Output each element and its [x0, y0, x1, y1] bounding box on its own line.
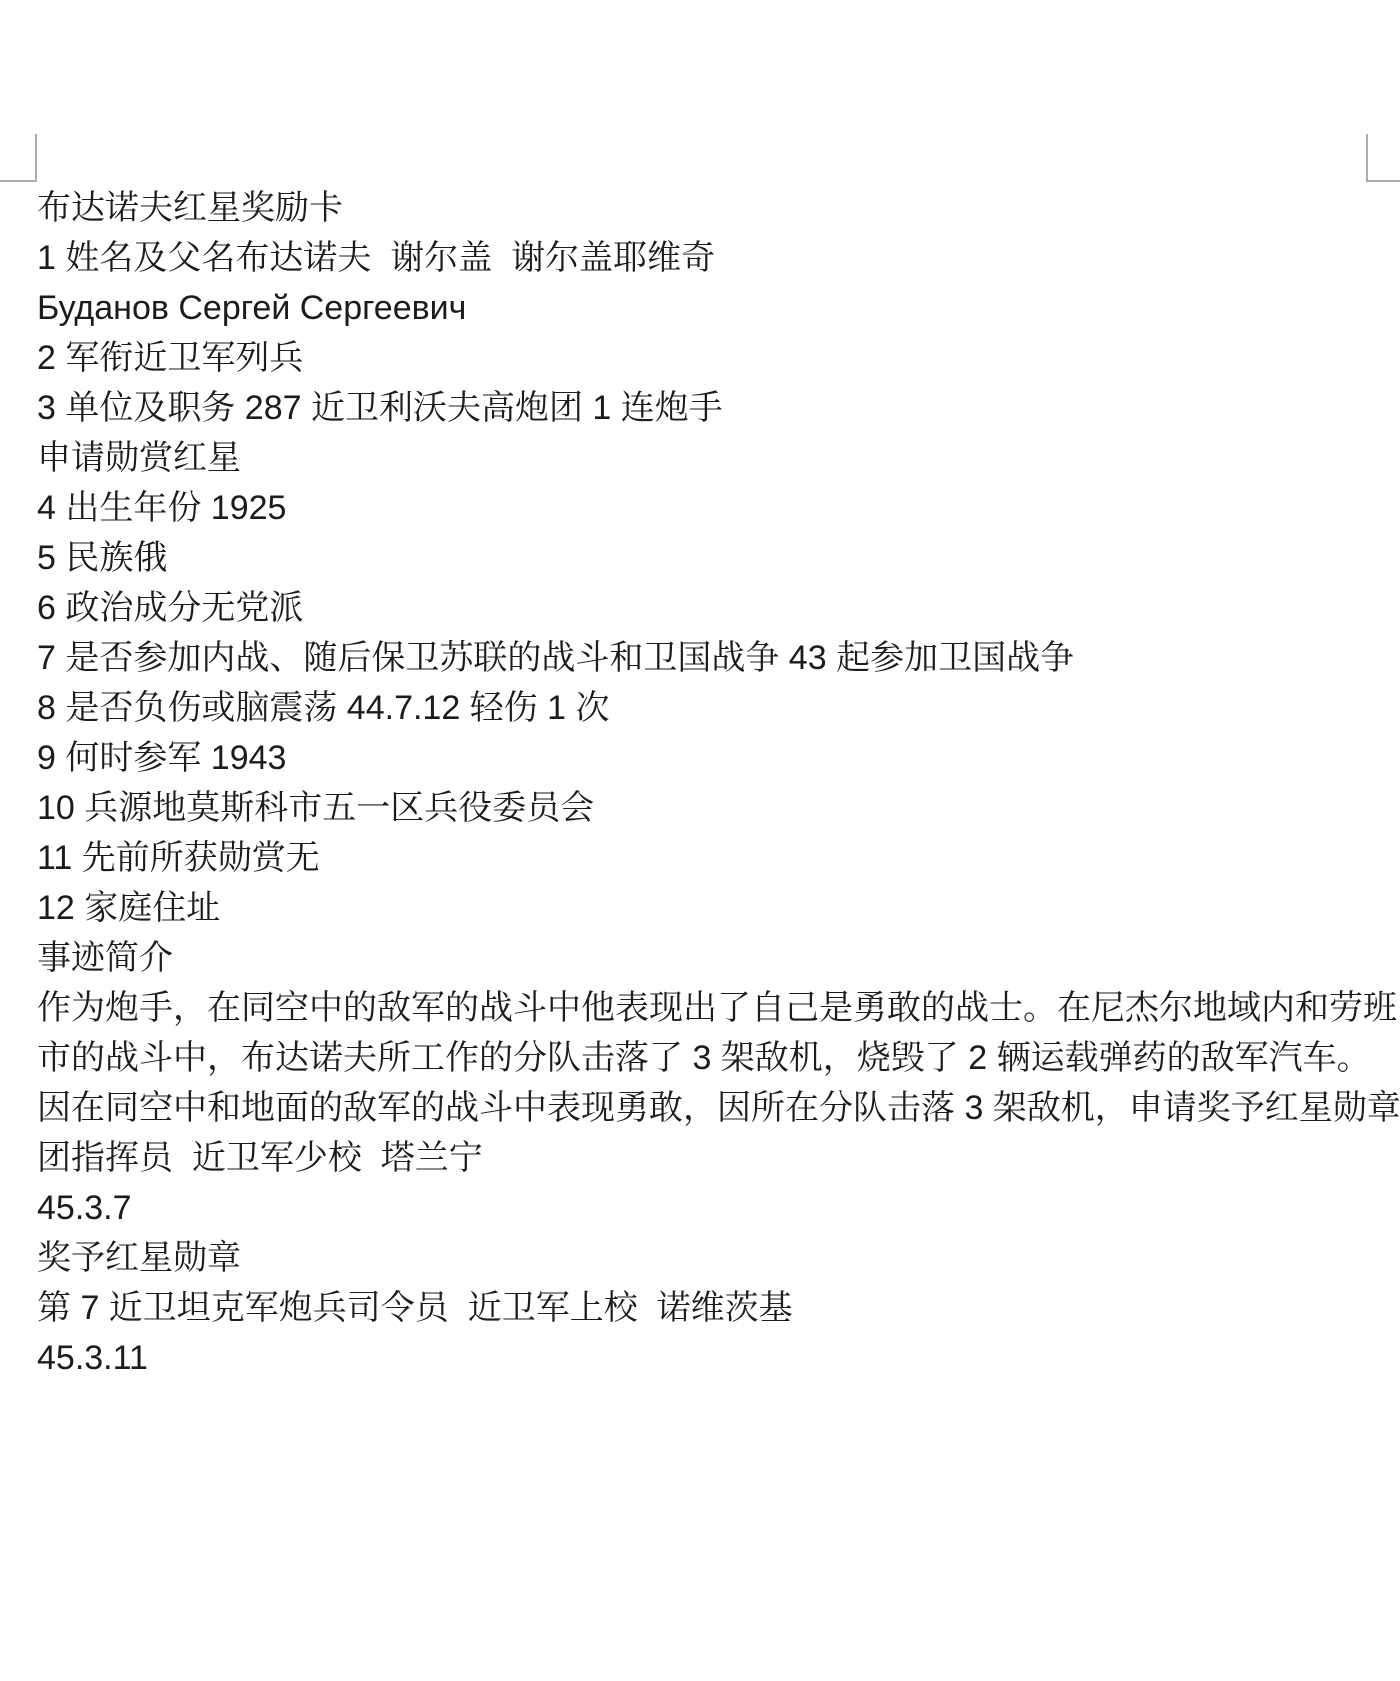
document-line: 因在同空中和地面的敌军的战斗中表现勇敢，因所在分队击落 3 架敌机，申请奖予红星…: [37, 1083, 1368, 1133]
document-line: 10 兵源地莫斯科市五一区兵役委员会: [37, 783, 1368, 833]
document-line: 第 7 近卫坦克军炮兵司令员 近卫军上校 诺维茨基: [37, 1283, 1368, 1333]
document-page: 布达诺夫红星奖励卡1 姓名及父名布达诺夫 谢尔盖 谢尔盖耶维奇Буданов С…: [0, 0, 1400, 1681]
document-line: 布达诺夫红星奖励卡: [37, 183, 1368, 233]
document-line: 9 何时参军 1943: [37, 733, 1368, 783]
document-line: 团指挥员 近卫军少校 塔兰宁: [37, 1133, 1368, 1183]
document-body: 布达诺夫红星奖励卡1 姓名及父名布达诺夫 谢尔盖 谢尔盖耶维奇Буданов С…: [37, 183, 1368, 1383]
document-line: 3 单位及职务 287 近卫利沃夫高炮团 1 连炮手: [37, 383, 1368, 433]
document-line: 作为炮手，在同空中的敌军的战斗中他表现出了自己是勇敢的战士。在尼杰尔地域内和劳班: [37, 983, 1368, 1033]
document-line: 11 先前所获勋赏无: [37, 833, 1368, 883]
document-line: 45.3.11: [37, 1333, 1368, 1383]
document-line: 8 是否负伤或脑震荡 44.7.12 轻伤 1 次: [37, 683, 1368, 733]
document-line: 2 军衔近卫军列兵: [37, 333, 1368, 383]
document-line: 市的战斗中，布达诺夫所工作的分队击落了 3 架敌机，烧毁了 2 辆运载弹药的敌军…: [37, 1033, 1368, 1083]
document-line: 7 是否参加内战、随后保卫苏联的战斗和卫国战争 43 起参加卫国战争: [37, 633, 1368, 683]
document-line: Буданов Сергей Сергеевич: [37, 283, 1368, 333]
document-line: 奖予红星勋章: [37, 1233, 1368, 1283]
document-line: 4 出生年份 1925: [37, 483, 1368, 533]
document-line: 5 民族俄: [37, 533, 1368, 583]
document-line: 事迹简介: [37, 933, 1368, 983]
text-boundary-mark-top-left: [0, 134, 37, 182]
document-line: 12 家庭住址: [37, 883, 1368, 933]
document-line: 45.3.7: [37, 1183, 1368, 1233]
text-boundary-mark-top-right: [1366, 134, 1400, 182]
document-line: 1 姓名及父名布达诺夫 谢尔盖 谢尔盖耶维奇: [37, 233, 1368, 283]
document-line: 6 政治成分无党派: [37, 583, 1368, 633]
document-line: 申请勋赏红星: [37, 433, 1368, 483]
